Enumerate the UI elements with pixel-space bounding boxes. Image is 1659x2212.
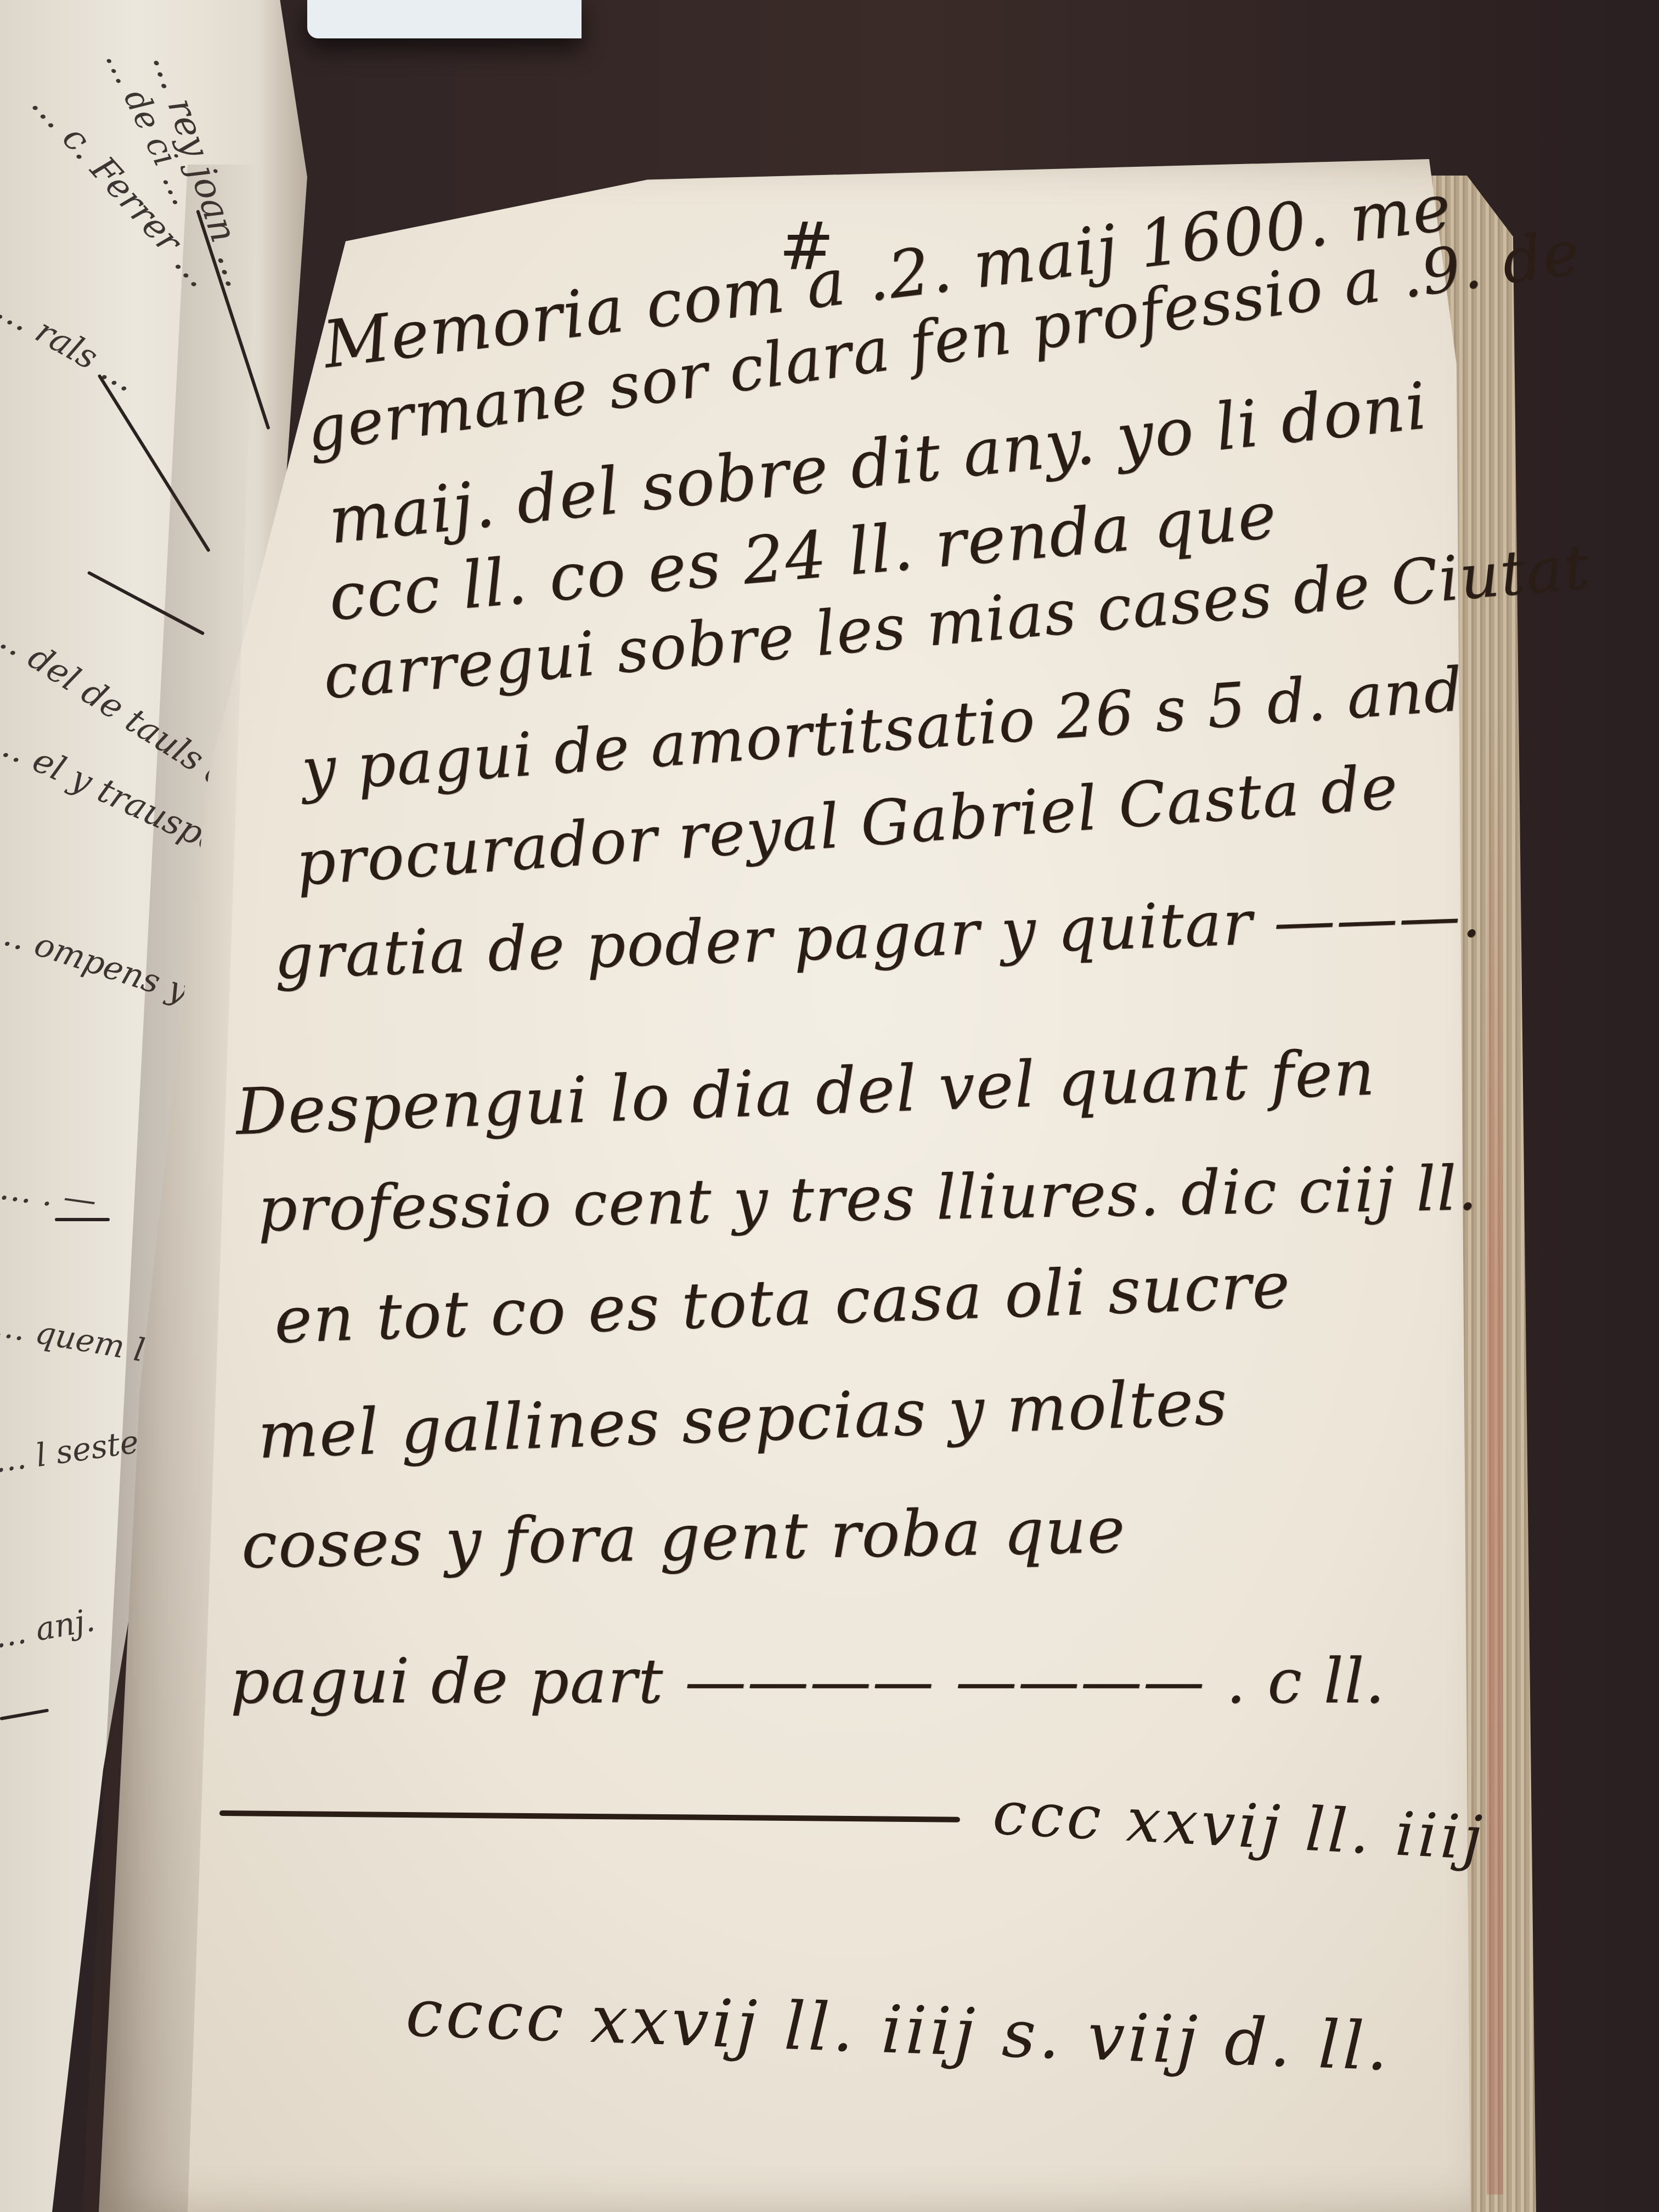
device-corner — [307, 0, 582, 38]
left-page-rule — [55, 1218, 110, 1221]
entry-2-line: pagui de part ———— ———— . c ll. — [230, 1646, 1386, 1717]
entry-2-line: coses y fora gent roba que — [241, 1493, 1126, 1583]
book-fore-edge-red-tint — [1487, 713, 1503, 2194]
